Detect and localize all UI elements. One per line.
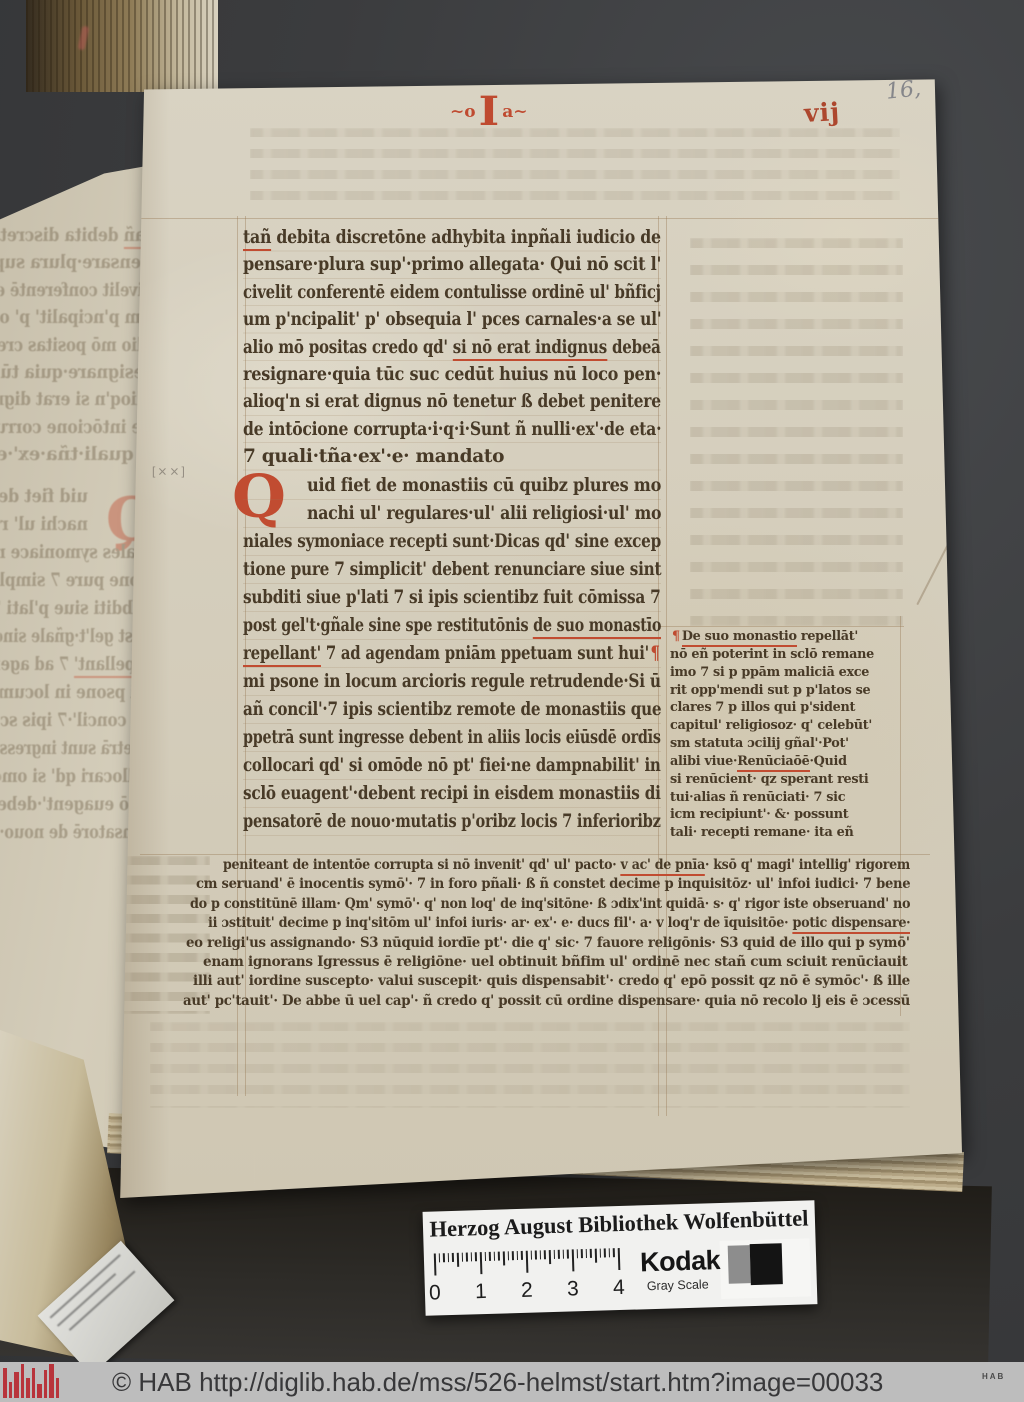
text-line: subditi siue p'lati 7 si ipis scientibz … — [243, 584, 590, 612]
ruler-tick — [526, 1251, 528, 1273]
ruler-tick — [438, 1253, 440, 1262]
text-line: alibi viue·Renūciaōē·Quid — [670, 753, 904, 771]
ruler-tick — [503, 1251, 505, 1265]
text-line: eo religi'us assignando· S3 nūquid iordī… — [186, 934, 895, 953]
text-line: pensare·plura sup'·primo allegata· Qui n… — [243, 251, 607, 278]
pencil-margin-mark: [⨯⨯] — [152, 464, 187, 478]
red-ornament: ∼o I a∼ — [450, 92, 527, 132]
text-line: civelit conferentē eidem contulisse ordi… — [243, 279, 579, 306]
red-underlined-text: tañ — [243, 227, 271, 251]
ruler-number: 3 — [567, 1277, 579, 1301]
margin-note: ¶De suo monastio repellāt'nō eñ poterint… — [670, 628, 904, 842]
kodak-brand-label: Kodak — [640, 1245, 721, 1278]
text-line: post gel't·gñale sine spe restitutōnis d… — [243, 612, 568, 640]
ruler-tick — [567, 1250, 569, 1259]
ornament-flourish-right: a∼ — [502, 102, 527, 122]
ghost-text-bottom — [150, 1022, 910, 1108]
ruler-tick — [471, 1252, 473, 1261]
ruler-tick — [563, 1250, 565, 1259]
red-underlined-text: si nō erat indignus — [453, 337, 607, 361]
text-line: ii ɔstituit' decime p inq'sitōm ul' info… — [208, 914, 869, 933]
red-underlined-text: repellant' — [243, 643, 321, 667]
ruler-number: 0 — [429, 1281, 441, 1305]
ruler: 01234 — [432, 1248, 634, 1310]
ruler-tick — [466, 1253, 468, 1262]
ruler-tick — [572, 1249, 574, 1271]
red-underlined-text: Renūciaōē — [737, 754, 809, 772]
ruler-tick — [480, 1252, 482, 1274]
ruler-tick — [576, 1249, 578, 1258]
text-line: resignare·quia tūc suc cedūt huius nū lo… — [243, 361, 607, 388]
red-underlined-text: v ac' de pnīa — [621, 857, 705, 876]
gray-patch — [728, 1245, 751, 1284]
bottom-gloss: peniteant de intentōe corrupta si nō inv… — [148, 856, 910, 1011]
ruler-tick — [489, 1252, 491, 1261]
ruler-tick — [484, 1252, 486, 1261]
ghost-text-right-margin — [690, 238, 903, 626]
ghost-text-top — [250, 128, 900, 210]
main-text-paragraph-2: uid fiet de monastiis cū quibz plures mo… — [243, 472, 661, 836]
copyright-caption: © HAB http://diglib.hab.de/mss/526-helms… — [112, 1367, 883, 1398]
ruler-number: 2 — [521, 1279, 533, 1303]
recto-page: ∼o I a∼ vij 16, [⨯⨯] tañ debita discretō… — [110, 76, 962, 1198]
ruler-numbers: 01234 — [433, 1276, 634, 1308]
ruler-tick — [512, 1251, 514, 1260]
text-line: pensatorē de nouo·mutatis p'oribz locis … — [243, 808, 573, 836]
ruler-number: 1 — [475, 1280, 487, 1304]
black-patch — [750, 1243, 783, 1285]
kodak-scale-label: Herzog August Bibliothek Wolfenbüttel 01… — [423, 1200, 818, 1316]
text-line: capitul' religiosoz· q' celebūt' — [670, 717, 904, 735]
pilcrow-mark: ¶ — [649, 643, 661, 664]
red-underlined-text: potic dispensare· — [792, 915, 910, 934]
ruler-tick — [581, 1249, 583, 1258]
ruler-tick — [457, 1253, 459, 1267]
ruler-tick — [498, 1252, 500, 1261]
ruler-tick — [535, 1250, 537, 1259]
text-line: mi psone in locum arcioris regule retrud… — [243, 668, 589, 696]
ruling-line — [140, 854, 930, 855]
ruler-tick — [521, 1251, 523, 1260]
ruler-tick — [558, 1250, 560, 1259]
ruler-tick — [434, 1253, 436, 1275]
corner-mark: HAB — [982, 1372, 1005, 1381]
text-line: 7 quali·tña·ex'·e· mandato — [243, 443, 661, 470]
ruler-tick — [618, 1248, 620, 1270]
text-line: ¶De suo monastio repellāt' — [670, 628, 904, 646]
text-line: si renūcient· qz sperant resti — [670, 771, 904, 789]
text-line: nachi ul' regulares·ul' alii religiosi·u… — [307, 500, 608, 528]
ruler-tick — [530, 1251, 532, 1260]
text-line: uid fiet de monastiis cū quibz plures mo — [307, 472, 616, 500]
ruler-tick — [549, 1250, 551, 1264]
text-line: cm seruand' ē inocentis symō'· 7 in foro… — [196, 875, 884, 894]
gray-scale-patch-tab — [720, 1238, 812, 1299]
ruler-tick — [609, 1248, 611, 1257]
text-line: enam ignorans Igressus ē religiōne· uel … — [203, 953, 910, 972]
ruler-ticks — [432, 1248, 632, 1254]
ruler-tick — [604, 1248, 606, 1257]
text-line: clares 7 p illos qui p'sident — [670, 699, 904, 717]
text-line: um p'ncipalit' p' obsequia l' pces carna… — [243, 306, 595, 333]
red-underlined-text: de suo monastīo — [533, 615, 661, 639]
main-text-paragraph-1: tañ debita discretōne adhybita inpñali i… — [243, 224, 661, 471]
text-line: do p constitūnē illam· Qm' symō'· q' non… — [190, 895, 867, 914]
ruler-tick — [448, 1253, 450, 1262]
ruler-tick — [544, 1250, 546, 1259]
text-line: tui·alias ñ renūciati· 7 sic — [670, 789, 904, 807]
pilcrow-mark: ¶ — [670, 629, 682, 644]
ruling-line — [658, 626, 904, 627]
ruler-tick — [586, 1249, 588, 1258]
text-line: aut' pc'tauit'· De abbe ū uel cap'· ñ cr… — [183, 992, 895, 1011]
red-underlined-text: De suo monastio — [682, 629, 797, 647]
ruler-tick — [613, 1248, 615, 1257]
text-line: de intōcione corrupta·i·q·i·Sunt ñ nulli… — [243, 416, 595, 443]
ruler-tick — [507, 1251, 509, 1260]
text-line: peniteant de intentōe corrupta si nō inv… — [223, 856, 861, 875]
ruler-tick — [452, 1253, 454, 1262]
text-line: tali· recepti remane· ita eñ — [670, 824, 904, 842]
ruler-tick — [494, 1252, 496, 1261]
text-line: tañ debita discretōne adhybita inpñali i… — [243, 224, 599, 251]
text-line: sclō euagent'·debent recipi in eisdem mo… — [243, 780, 588, 808]
parchment-crease — [916, 519, 961, 605]
folio-number-red: vij — [803, 97, 841, 128]
caption-band: © HAB http://diglib.hab.de/mss/526-helms… — [0, 1362, 1024, 1402]
ruler-tick — [443, 1253, 445, 1262]
text-line: imo 7 si p ppām maliciā exce — [670, 664, 904, 682]
text-line: tione pure 7 simplicit' debent renunciar… — [243, 556, 588, 584]
folio-number-pencil: 16, — [885, 76, 922, 105]
ruler-tick — [475, 1252, 477, 1261]
text-line: collocari qd' si omōde nō pt' fiei·ne da… — [243, 752, 583, 780]
text-line: sm statuta ɔcilij gñal'·Pot' — [670, 735, 904, 753]
ruler-tick — [553, 1250, 555, 1259]
ruler-tick — [461, 1253, 463, 1262]
text-line: alio mō positas credo qd' si nō erat ind… — [243, 334, 583, 361]
text-line: niales symoniace recepti sunt·Dicas qd' … — [243, 528, 586, 556]
ornament-flourish-left: ∼o — [450, 102, 476, 122]
ruler-tick — [595, 1249, 597, 1263]
ornament-letter-I: I — [479, 94, 500, 131]
library-name-label: Herzog August Bibliothek Wolfenbüttel — [423, 1205, 816, 1243]
text-line: añ concil'·7 ipis scientibz remote de mo… — [243, 696, 586, 724]
text-line: icm recipiunt'· &· possunt — [670, 806, 904, 824]
ruler-tick — [590, 1249, 592, 1258]
gray-scale-label: Gray Scale — [647, 1277, 709, 1293]
text-line: nō eñ poterint in sclō remane — [670, 646, 904, 664]
text-line: illi aut' iordine suscepto· valui suscep… — [193, 972, 904, 991]
ruling-line — [134, 218, 940, 219]
ruler-tick — [540, 1250, 542, 1259]
text-line: ppetrā sunt ingresse debent in aliis loc… — [243, 724, 567, 752]
ruler-number: 4 — [613, 1276, 625, 1300]
recto-page-wrap: ∼o I a∼ vij 16, [⨯⨯] tañ debita discretō… — [0, 0, 1024, 1402]
text-line: repellant' 7 ad agendam pniām ppetuam su… — [243, 640, 579, 668]
ruler-tick — [517, 1251, 519, 1260]
text-line: rit opp'mendi sut p p'latos se — [670, 682, 904, 700]
ruler-tick — [599, 1249, 601, 1258]
text-line: alioq'n si erat dignus nō tenetur ß debe… — [243, 388, 593, 415]
red-registration-mark — [3, 1364, 61, 1400]
